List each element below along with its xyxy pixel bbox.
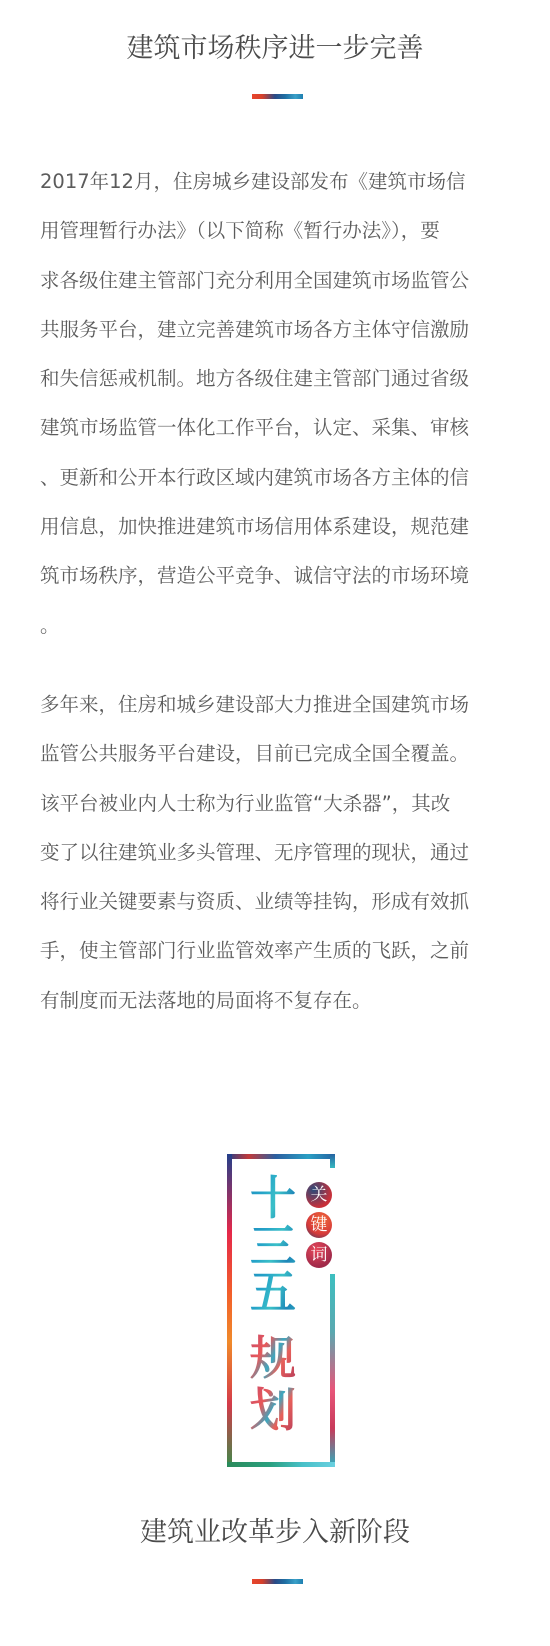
paragraph-line: 监管公共服务平台建设，目前已完成全国全覆盖。 <box>40 729 490 778</box>
paragraph-line: 建筑市场监管一体化工作平台，认定、采集、审核 <box>40 403 490 452</box>
paragraph-line: 该平台被业内人士称为行业监管“大杀器”，其改 <box>40 779 490 828</box>
paragraph-line: 、更新和公开本行政区域内建筑市场各方主体的信 <box>40 453 490 502</box>
big-char-hua: 划 <box>249 1386 297 1434</box>
title-divider <box>252 94 303 99</box>
paragraph-line: 有制度而无法落地的局面将不复存在。 <box>40 976 490 1025</box>
big-char-wu: 五 <box>249 1268 297 1316</box>
paragraph-line: 用管理暂行办法》（以下简称《暂行办法》），要 <box>40 206 490 255</box>
keyword-graphic: 十 三 五 规 划 关 键 词 <box>227 1154 335 1467</box>
big-char-shi: 十 <box>249 1174 297 1222</box>
section-title: 建筑市场秩序进一步完善 <box>0 26 550 65</box>
section-title: 建筑业改革步入新阶段 <box>0 1510 550 1549</box>
paragraph-line: 用信息，加快推进建筑市场信用体系建设，规范建 <box>40 502 490 551</box>
keyword-badge-ci: 词 <box>306 1242 332 1268</box>
paragraph-line: 2017年12月，住房城乡建设部发布《建筑市场信 <box>40 157 490 206</box>
paragraph-line: 手，使主管部门行业监管效率产生质的飞跃，之前 <box>40 926 490 975</box>
article-paragraph: 2017年12月，住房城乡建设部发布《建筑市场信 用管理暂行办法》（以下简称《暂… <box>40 157 490 650</box>
paragraph-line: 和失信惩戒机制。地方各级住建主管部门通过省级 <box>40 354 490 403</box>
frame-border-bottom <box>227 1462 335 1467</box>
paragraph-line: 将行业关键要素与资质、业绩等挂钩，形成有效抓 <box>40 877 490 926</box>
keyword-badge-guan: 关 <box>306 1182 332 1208</box>
frame-border-top <box>227 1154 335 1159</box>
paragraph-line: 共服务平台，建立完善建筑市场各方主体守信激励 <box>40 305 490 354</box>
paragraph-line: 求各级住建主管部门充分利用全国建筑市场监管公 <box>40 256 490 305</box>
big-char-san: 三 <box>249 1222 297 1270</box>
paragraph-line: 变了以往建筑业多头管理、无序管理的现状，通过 <box>40 828 490 877</box>
frame-border-right-top <box>330 1154 335 1168</box>
keyword-badge-jian: 键 <box>306 1212 332 1238</box>
paragraph-line: 筑市场秩序，营造公平竞争、诚信守法的市场环境 <box>40 551 490 600</box>
title-divider <box>252 1579 303 1584</box>
big-char-gui: 规 <box>249 1334 297 1382</box>
paragraph-line: 多年来，住房和城乡建设部大力推进全国建筑市场 <box>40 680 490 729</box>
frame-border-right <box>330 1274 335 1467</box>
paragraph-line: 。 <box>40 601 490 650</box>
frame-border-left <box>227 1154 232 1467</box>
article-paragraph: 多年来，住房和城乡建设部大力推进全国建筑市场 监管公共服务平台建设，目前已完成全… <box>40 680 490 1025</box>
